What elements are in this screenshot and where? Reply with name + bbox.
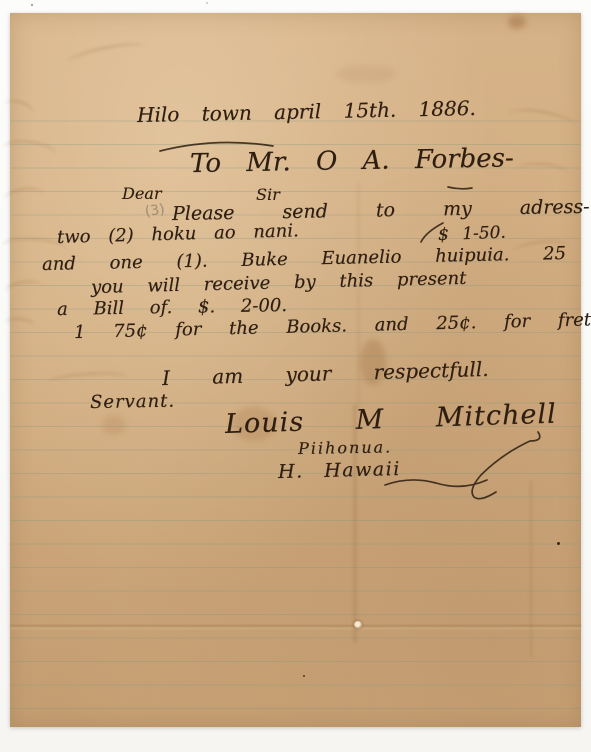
recipient-line: To Mr. O A. Forbes-	[190, 145, 514, 177]
ghost-writing-stroke	[4, 316, 35, 333]
signature: Louis M Mitchell	[225, 401, 557, 438]
body-line-bill: a Bill of. $. 2-00.	[57, 297, 287, 319]
body-line-item1: two (2) hoku ao nani.	[57, 222, 299, 247]
scanned-letter-page: Hilo town april 15th. 1886. To Mr. O A. …	[0, 0, 591, 752]
dust-speck	[31, 4, 33, 6]
ghost-writing-stroke	[517, 161, 568, 181]
closing-line: I am your respectfull.	[162, 359, 489, 388]
fold-crease-horizontal	[10, 625, 581, 629]
flourish-forbes-dash	[448, 187, 472, 189]
ghost-writing-stroke	[46, 370, 129, 390]
salutation-dear: Dear	[122, 186, 161, 202]
ghost-writing-stroke	[1, 138, 58, 167]
dust-speck	[206, 2, 208, 4]
stain	[102, 415, 126, 435]
ink-speck	[303, 675, 305, 677]
flourish-region-underline	[385, 480, 487, 486]
ghost-writing-stroke	[64, 39, 146, 71]
fold-crease-vertical	[529, 481, 533, 657]
item1-price: $ 1-50.	[438, 225, 506, 244]
body-line-item2: and one (1). Buke Euanelio huipuia. 25	[42, 245, 566, 274]
stain	[336, 65, 396, 83]
pinhole	[354, 621, 362, 628]
place-line: Piihonua.	[298, 439, 392, 457]
ghost-writing-stroke	[4, 278, 44, 299]
ghost-writing-stroke	[2, 97, 35, 121]
body-line-receive: you will receive by this present	[91, 270, 467, 297]
servant-line: Servant.	[90, 393, 175, 412]
ghost-writing-stroke	[4, 186, 46, 208]
body-line-request: Please send to my adress-	[172, 198, 590, 224]
region-line: H. Hawaii	[278, 460, 401, 482]
ink-speck	[557, 542, 560, 545]
letter-paper: Hilo town april 15th. 1886. To Mr. O A. …	[10, 13, 581, 727]
ghost-writing-stroke	[507, 105, 577, 135]
pencil-annotation: (3)	[144, 202, 166, 221]
date-line: Hilo town april 15th. 1886.	[137, 98, 476, 125]
stain	[508, 15, 526, 29]
